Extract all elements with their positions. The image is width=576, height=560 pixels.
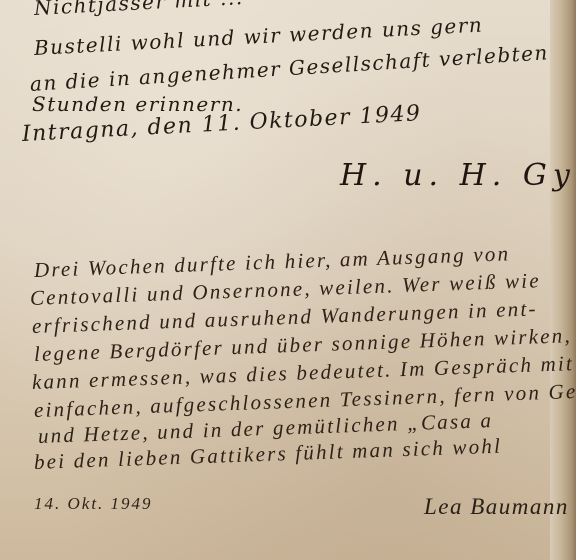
entry2-signature: Lea Baumann (424, 494, 569, 520)
book-spine (550, 0, 576, 560)
entry1-signature: H. u. H. Gygax (340, 158, 576, 193)
entry2-date: 14. Okt. 1949 (34, 494, 153, 514)
